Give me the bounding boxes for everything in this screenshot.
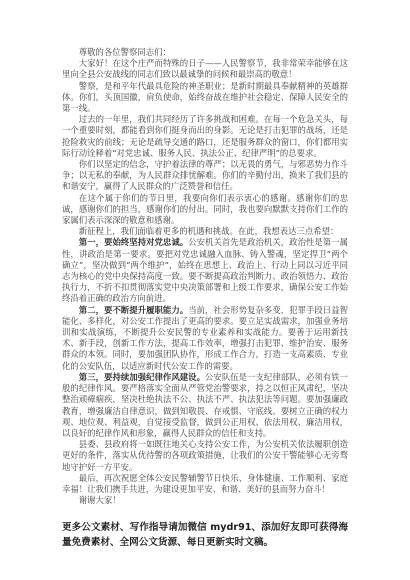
document-page: 尊敬的各位警察同志们：大家好！在这个庄严而特殊的日子——人民警察节，我非常荣幸能… (0, 0, 410, 580)
paragraph-text: 在这个属于你们的节日里，我要向你们表示衷心的感谢。感谢你们的忠诚，感谢你们的担当… (62, 193, 348, 225)
paragraph-text: 县委、县政府将一如既往地关心支持公安工作，为公安机关依法履职创造更好的条件，落实… (62, 439, 348, 471)
paragraph: 第一，要始终坚持对党忠诚。公安机关首先是政治机关，政治性是第一属性，讲政治是第一… (62, 237, 348, 304)
paragraph-text: 最后，再次祝愿全体公安民警辅警节日快乐、身体健康、工作顺利、家庭幸福！让我们携手… (62, 473, 348, 494)
paragraph-text: 尊敬的各位警察同志们： (79, 47, 171, 57)
paragraph-text: 新征程上，我们面临着更多的机遇和挑战。在此，我想表达三点希望： (79, 226, 339, 236)
paragraph: 过去的一年里，我们共同经历了许多挑战和困难。在每一个危急关头，每一个重要时刻，都… (62, 114, 348, 159)
paragraph-text: 你们以坚定的信念，守护着法律的尊严；以无畏的勇气，与邪恶势力作斗争；以无私的奉献… (62, 159, 348, 191)
paragraph: 你们以坚定的信念，守护着法律的尊严；以无畏的勇气，与邪恶势力作斗争；以无私的奉献… (62, 159, 348, 193)
paragraph: 最后，再次祝愿全体公安民警辅警节日快乐、身体健康、工作顺利、家庭幸福！让我们携手… (62, 473, 348, 495)
paragraph-lead: 第二，要不断提升履职能力。 (79, 305, 188, 315)
paragraph-lead: 第一，要始终坚持对党忠诚。 (79, 237, 188, 247)
paragraph-text: 谢谢大家！ (79, 495, 121, 505)
paragraph-lead: 第三，要持续加强纪律作风建设。 (79, 372, 205, 382)
promo-text: 更多公文素材、写作指导请加微信 mydr91、添加好友即可获得海量免费素材、全网… (62, 522, 348, 548)
paragraph: 谢谢大家！ (62, 495, 348, 506)
paragraph: 新征程上，我们面临着更多的机遇和挑战。在此，我想表达三点希望： (62, 226, 348, 237)
promo-footer: 更多公文素材、写作指导请加微信 mydr91、添加好友即可获得海量免费素材、全网… (62, 520, 348, 550)
paragraph: 大家好！在这个庄严而特殊的日子——人民警察节，我非常荣幸能够在这里向全县公安战线… (62, 58, 348, 80)
paragraph-text: 大家好！在这个庄严而特殊的日子——人民警察节，我非常荣幸能够在这里向全县公安战线… (62, 58, 348, 79)
paragraph: 县委、县政府将一如既往地关心支持公安工作，为公安机关依法履职创造更好的条件，落实… (62, 439, 348, 473)
paragraph: 第三，要持续加强纪律作风建设。公安队伍是一支纪律部队，必须有铁一般的纪律作风。要… (62, 372, 348, 439)
paragraph: 第二，要不断提升履职能力。当前，社会形势复杂多变，犯罪手段日益智能化、多样化，对… (62, 305, 348, 372)
paragraph: 在这个属于你们的节日里，我要向你们表示衷心的感谢。感谢你们的忠诚，感谢你们的担当… (62, 193, 348, 227)
paragraph-text: 警察，是和平年代最具危险的神圣职业；是新时期最具奉献精神的英雄群体。你们，头顶国… (62, 81, 348, 113)
document-body: 尊敬的各位警察同志们：大家好！在这个庄严而特殊的日子——人民警察节，我非常荣幸能… (62, 47, 348, 506)
paragraph: 警察，是和平年代最具危险的神圣职业；是新时期最具奉献精神的英雄群体。你们，头顶国… (62, 81, 348, 115)
paragraph-text: 过去的一年里，我们共同经历了许多挑战和困难。在每一个危急关头，每一个重要时刻，都… (62, 114, 348, 158)
paragraph: 尊敬的各位警察同志们： (62, 47, 348, 58)
